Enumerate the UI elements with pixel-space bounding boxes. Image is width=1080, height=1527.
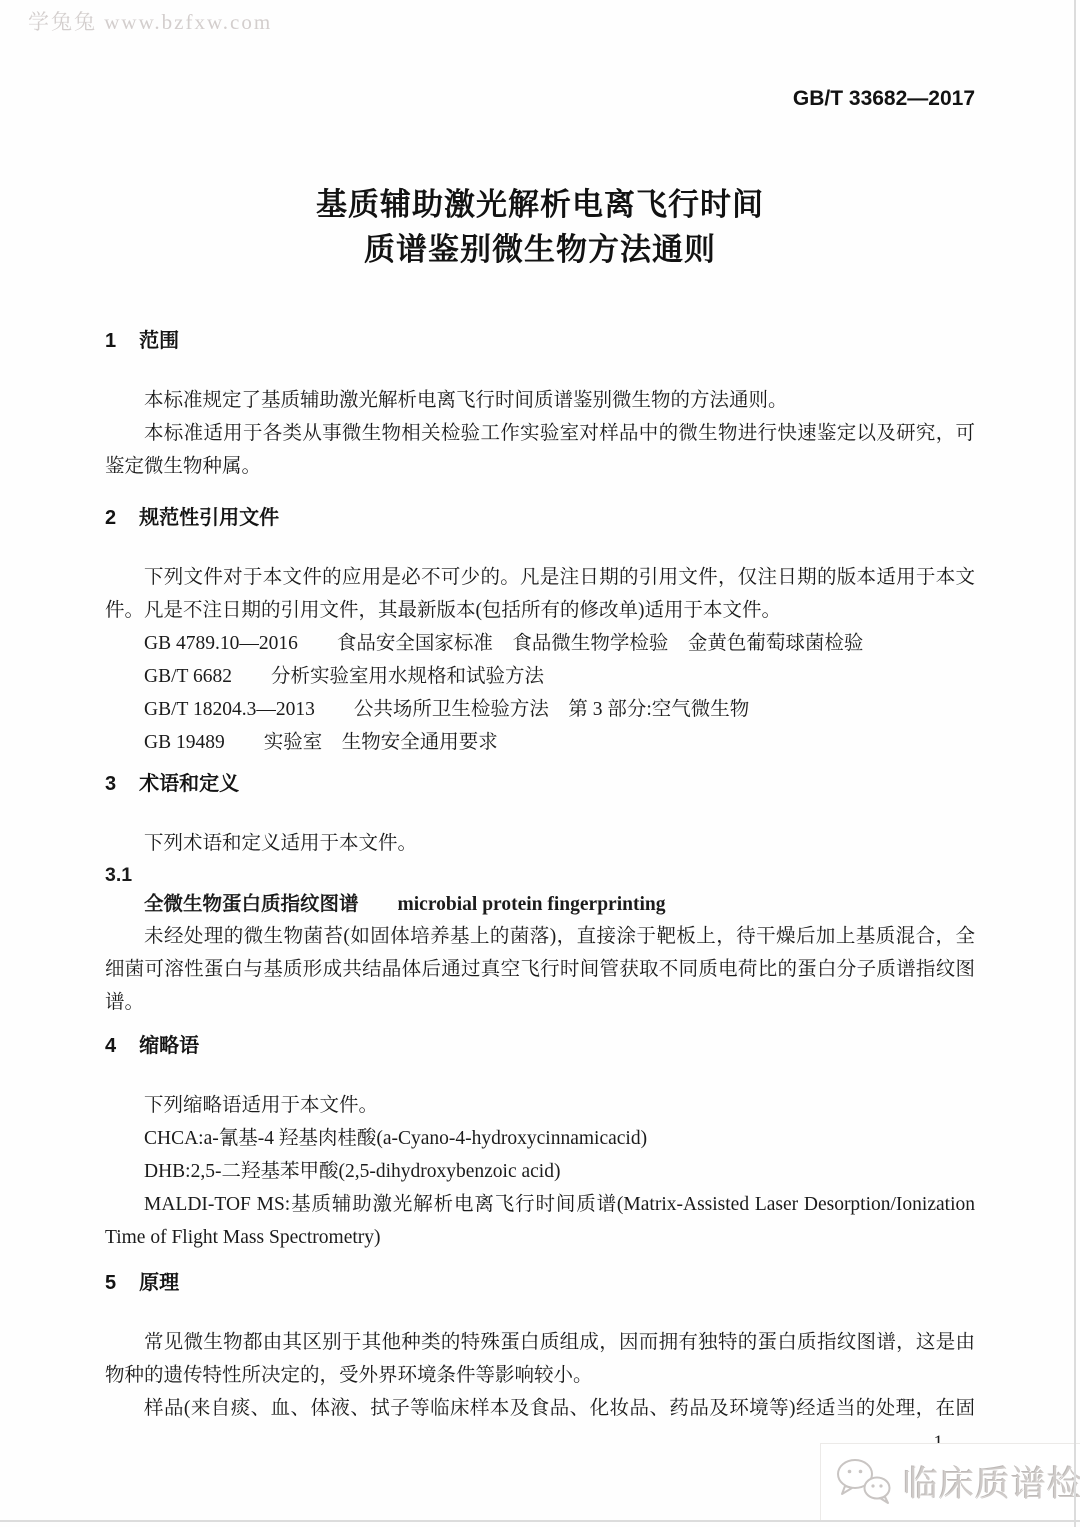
- document-title-line1: 基质辅助激光解析电离飞行时间: [105, 182, 975, 227]
- section-normative-references: 2规范性引用文件 下列文件对于本文件的应用是必不可少的。凡是注日期的引用文件，仅…: [105, 505, 975, 759]
- section-number: 3: [105, 773, 116, 795]
- page-number: 1: [105, 1426, 943, 1459]
- section-principle: 5原理 常见微生物都由其区别于其他种类的特殊蛋白质组成，因而拥有独特的蛋白质指纹…: [105, 1270, 975, 1426]
- paragraph: 常见微生物都由其区别于其他种类的特殊蛋白质组成，因而拥有独特的蛋白质指纹图谱，这…: [105, 1326, 975, 1392]
- section-heading-text: 缩略语: [139, 1035, 199, 1057]
- section-heading: 3术语和定义: [105, 771, 975, 798]
- abbreviation-entry: CHCA:a-氰基-4 羟基肉桂酸(a-Cyano-4-hydroxycinna…: [105, 1122, 975, 1155]
- section-heading: 5原理: [105, 1270, 975, 1297]
- section-number: 4: [105, 1035, 116, 1057]
- paragraph-truncated: 样品(来自痰、血、体液、拭子等临床样本及食品、化妆品、药品及环境等)经适当的处理…: [105, 1392, 975, 1426]
- paragraph: 本标准规定了基质辅助激光解析电离飞行时间质谱鉴别微生物的方法通则。: [105, 384, 975, 417]
- section-heading-text: 范围: [139, 330, 179, 352]
- site-watermark: 学兔兔 www.bzfxw.com: [28, 6, 272, 36]
- term-definition: 未经处理的微生物菌苔(如固体培养基上的菌落)，直接涂于靶板上，待干燥后加上基质混…: [105, 920, 975, 1019]
- document-title-line2: 质谱鉴别微生物方法通则: [105, 227, 975, 272]
- paragraph: 下列缩略语适用于本文件。: [105, 1089, 975, 1122]
- section-abbreviations: 4缩略语 下列缩略语适用于本文件。 CHCA:a-氰基-4 羟基肉桂酸(a-Cy…: [105, 1033, 975, 1254]
- abbreviation-entry: DHB:2,5-二羟基苯甲酸(2,5-dihydroxybenzoic acid…: [105, 1155, 975, 1188]
- section-heading-text: 术语和定义: [139, 773, 239, 795]
- reference-entry: GB 4789.10—2016 食品安全国家标准 食品微生物学检验 金黄色葡萄球…: [105, 627, 975, 660]
- term-id: 3.1: [105, 860, 975, 890]
- section-terms-definitions: 3术语和定义 下列术语和定义适用于本文件。 3.1 全微生物蛋白质指纹图谱mic…: [105, 771, 975, 1019]
- section-heading-text: 规范性引用文件: [139, 507, 279, 529]
- section-heading: 2规范性引用文件: [105, 505, 975, 532]
- page-edge-right: [1074, 0, 1076, 1527]
- page-edge-bottom: [0, 1520, 1080, 1522]
- paragraph: 本标准适用于各类从事微生物相关检验工作实验室对样品中的微生物进行快速鉴定以及研究…: [105, 417, 975, 483]
- term-zh: 全微生物蛋白质指纹图谱: [144, 894, 359, 915]
- term-title: 全微生物蛋白质指纹图谱microbial protein fingerprint…: [105, 890, 975, 920]
- document-page: 学兔兔 www.bzfxw.com GB/T 33682—2017 基质辅助激光…: [0, 0, 1080, 1527]
- abbreviation-entry: MALDI-TOF MS:基质辅助激光解析电离飞行时间质谱(Matrix-Ass…: [105, 1188, 975, 1254]
- paragraph: 下列术语和定义适用于本文件。: [105, 827, 975, 860]
- reference-entry: GB 19489 实验室 生物安全通用要求: [105, 726, 975, 759]
- term-en: microbial protein fingerprinting: [398, 894, 666, 915]
- section-number: 1: [105, 330, 116, 352]
- wechat-chat-bubbles-icon: [833, 1455, 895, 1510]
- document-title: 基质辅助激光解析电离飞行时间 质谱鉴别微生物方法通则: [105, 182, 975, 272]
- footer-watermark-card: 临床质谱检测: [820, 1443, 1080, 1521]
- section-heading: 1范围: [105, 328, 975, 355]
- section-number: 2: [105, 507, 116, 529]
- section-heading-text: 原理: [139, 1272, 179, 1294]
- paragraph: 下列文件对于本文件的应用是必不可少的。凡是注日期的引用文件，仅注日期的版本适用于…: [105, 561, 975, 627]
- section-heading: 4缩略语: [105, 1033, 975, 1060]
- page-content: GB/T 33682—2017 基质辅助激光解析电离飞行时间 质谱鉴别微生物方法…: [0, 86, 1080, 1459]
- section-scope: 1范围 本标准规定了基质辅助激光解析电离飞行时间质谱鉴别微生物的方法通则。 本标…: [105, 328, 975, 483]
- reference-entry: GB/T 18204.3—2013 公共场所卫生检验方法 第 3 部分:空气微生…: [105, 693, 975, 726]
- standard-code: GB/T 33682—2017: [105, 86, 975, 112]
- section-number: 5: [105, 1272, 116, 1294]
- footer-watermark-text: 临床质谱检测: [903, 1457, 1080, 1507]
- reference-entry: GB/T 6682 分析实验室用水规格和试验方法: [105, 660, 975, 693]
